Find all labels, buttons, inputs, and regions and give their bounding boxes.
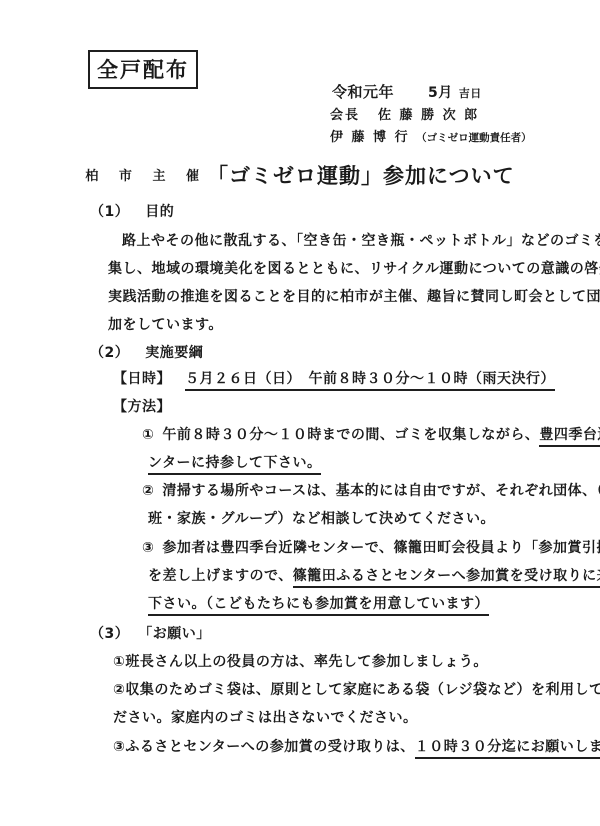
- chairman-line: 会長佐 藤 勝 次 郎: [330, 106, 479, 126]
- manager-role: （ゴミゼロ運動責任者）: [416, 132, 532, 144]
- method-item-2-text-1: 清掃する場所やコースは、基本的には自由ですが、それぞれ団体、（区・: [162, 483, 600, 499]
- method-item-1-underlined-2: ンターに持参して下さい。: [148, 455, 321, 475]
- method-item-3-text-1: 参加者は豊四季台近隣センターで、篠籠田町会役員より「参加賞引換券」: [162, 540, 600, 556]
- section-2-number: （2）: [90, 345, 129, 361]
- section-2-heading: （2）実施要綱: [90, 343, 203, 363]
- method-item-1-line-1: ①午前８時３０分～１０時までの間、ゴミを収集しながら、豊四季台近隣セ: [142, 425, 600, 445]
- purpose-line-2: 集し、地域の環境美化を図るとともに、リサイクル運動についての意識の啓発と: [108, 259, 600, 279]
- request-item-2-line-2: ださい。家庭内のゴミは出さないでください。: [113, 708, 418, 728]
- method-item-3-line-2: を差し上げますので、篠籠田ふるさとセンターへ参加賞を受け取りに来て: [148, 566, 600, 586]
- section-1-heading: （1）目的: [90, 202, 174, 222]
- section-3-number: （3）: [90, 626, 129, 642]
- document-date: 令和元年5月吉日: [332, 82, 482, 104]
- request-item-1: ①班長さん以上の役員の方は、率先して参加しましょう。: [113, 652, 488, 672]
- datetime-label: 【日時】: [113, 371, 171, 387]
- circled-number-3: ③: [142, 540, 154, 556]
- datetime-line: 【日時】５月２６日（日） 午前８時３０分～１０時（雨天決行）: [113, 369, 555, 389]
- method-item-3-underlined-1: 篠籠田ふるさとセンターへ参加賞を受け取りに来て: [293, 568, 600, 588]
- section-1-label: 目的: [145, 204, 174, 220]
- title-main: 「ゴミゼロ運動」参加について: [207, 164, 515, 188]
- circled-number-2: ②: [142, 483, 154, 499]
- section-2-label: 実施要綱: [145, 345, 203, 361]
- request-item-3-text: ③ふるさとセンターへの参加賞の受け取りは、: [113, 739, 415, 755]
- method-label: 【方法】: [113, 397, 171, 417]
- purpose-line-3: 実践活動の推進を図ることを目的に柏市が主催、趣旨に賛同し町会として団体参: [108, 287, 600, 307]
- method-item-2-line-2: 班・家族・グループ）など相談して決めてください。: [148, 509, 495, 529]
- distribution-stamp: 全戸配布: [88, 50, 198, 89]
- request-item-3: ③ふるさとセンターへの参加賞の受け取りは、１０時３０分迄にお願いします。: [113, 737, 600, 757]
- method-item-1-text: 午前８時３０分～１０時までの間、ゴミを収集しながら、: [162, 427, 539, 443]
- date-month: 5月: [428, 85, 453, 101]
- method-item-1-line-2: ンターに持参して下さい。: [148, 453, 321, 473]
- purpose-line-4: 加をしています。: [108, 315, 223, 335]
- section-3-heading: （3）「お願い」: [90, 624, 211, 644]
- method-item-3-line-3: 下さい。（こどもたちにも参加賞を用意しています）: [148, 594, 489, 614]
- request-item-3-underlined: １０時３０分迄にお願いします。: [415, 739, 600, 759]
- document-title: 柏 市 主 催「ゴミゼロ運動」参加について: [0, 160, 600, 190]
- section-1-number: （1）: [90, 204, 129, 220]
- document-page: 全戸配布 令和元年5月吉日 会長佐 藤 勝 次 郎 伊 藤 博 行 （ゴミゼロ運…: [0, 0, 600, 826]
- manager-name: 伊 藤 博 行: [330, 130, 410, 145]
- method-item-3-text-2: を差し上げますので、: [148, 568, 293, 584]
- method-item-3-line-1: ③参加者は豊四季台近隣センターで、篠籠田町会役員より「参加賞引換券」: [142, 538, 600, 558]
- method-item-3-underlined-2: 下さい。（こどもたちにも参加賞を用意しています）: [148, 596, 489, 616]
- method-item-2-line-1: ②清掃する場所やコースは、基本的には自由ですが、それぞれ団体、（区・: [142, 481, 600, 501]
- circled-number-1: ①: [142, 427, 154, 443]
- datetime-value: ５月２６日（日） 午前８時３０分～１０時（雨天決行）: [185, 371, 555, 391]
- title-prefix: 柏 市 主 催: [85, 169, 207, 184]
- date-era: 令和元年: [332, 83, 394, 101]
- method-item-1-underlined-1: 豊四季台近隣セ: [539, 427, 600, 447]
- purpose-line-1: 路上やその他に散乱する、「空き缶・空き瓶・ペットボトル」などのゴミを収: [122, 231, 600, 251]
- date-day: 吉日: [459, 87, 482, 100]
- request-item-2-line-1: ②収集のためゴミ袋は、原則として家庭にある袋（レジ袋など）を利用してく: [113, 680, 600, 700]
- manager-line: 伊 藤 博 行 （ゴミゼロ運動責任者）: [330, 128, 532, 148]
- chairman-name: 佐 藤 勝 次 郎: [378, 108, 479, 123]
- chairman-label: 会長: [330, 108, 360, 123]
- section-3-label: 「お願い」: [145, 626, 211, 642]
